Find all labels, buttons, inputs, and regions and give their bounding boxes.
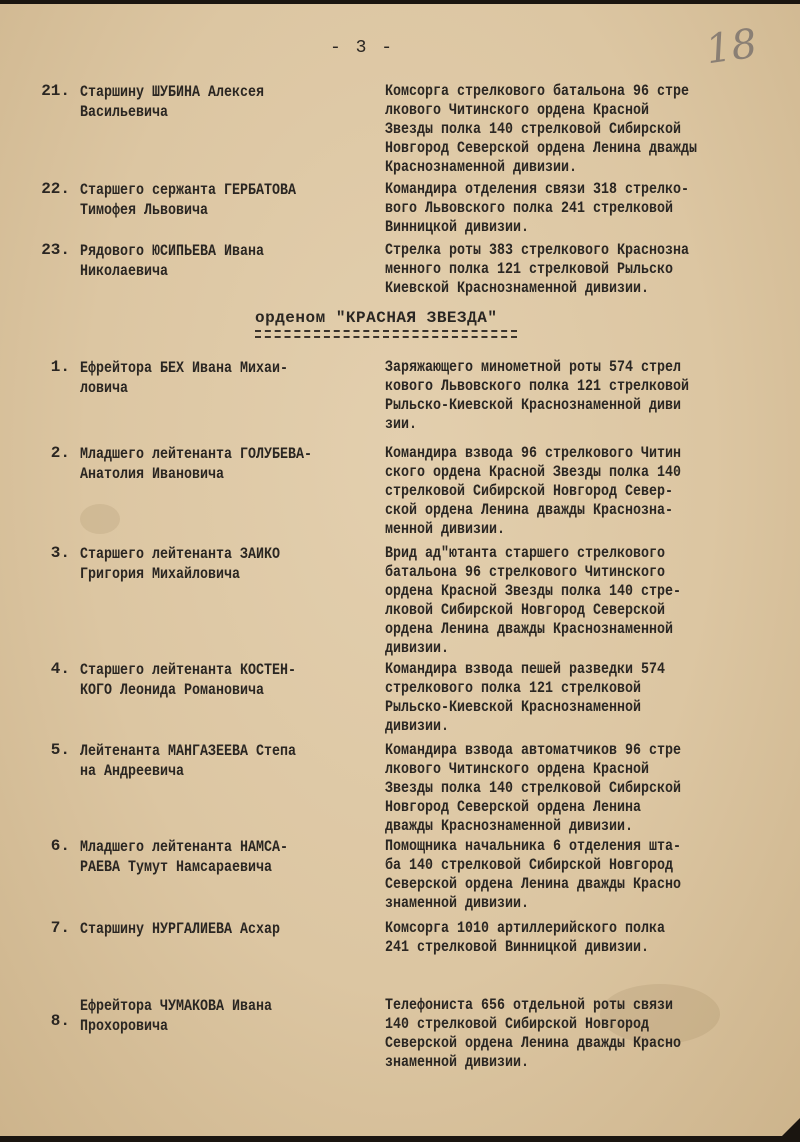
recipient-name: Младшего лейтенанта ГОЛУБЕВА- Анатолия И… [80, 444, 338, 484]
recipient-name: Ефрейтора ЧУМАКОВА Ивана Прохоровича [80, 996, 338, 1036]
entry-number: 23. [0, 241, 70, 259]
entry-number: 3. [0, 544, 70, 562]
recipient-name: Старшего лейтенанта ЗАИКО Григория Михай… [80, 544, 338, 584]
recipient-name: Старшину НУРГАЛИЕВА Асхар [80, 919, 338, 939]
recipient-position: Командира взвода пешей разведки 574 стре… [385, 660, 798, 736]
recipient-name: Рядового ЮСИПЬЕВА Ивана Николаевича [80, 241, 338, 281]
entry-number: 22. [0, 180, 70, 198]
entry-number: 21. [0, 82, 70, 100]
entry-number: 6. [0, 837, 70, 855]
recipient-position: Командира отделения связи 318 стрелко- в… [385, 180, 798, 237]
recipient-position: Комсорга 1010 артиллерийского полка 241 … [385, 919, 798, 957]
entry-number: 5. [0, 741, 70, 759]
recipient-position: Заряжающего минометной роты 574 стрел ко… [385, 358, 798, 434]
entry-number: 1. [0, 358, 70, 376]
recipient-position: Командира взвода автоматчиков 96 стре лк… [385, 741, 798, 836]
recipient-position: Комсорга стрелкового батальона 96 стре л… [385, 82, 798, 177]
recipient-name: Старшину ШУБИНА Алексея Васильевича [80, 82, 338, 122]
recipient-position: Врид ад"ютанта старшего стрелкового бата… [385, 544, 798, 658]
section-heading-red-star: орденом "КРАСНАЯ ЗВЕЗДА" [255, 309, 497, 327]
recipient-position: Телефониста 656 отдельной роты связи 140… [385, 996, 798, 1072]
recipient-position: Командира взвода 96 стрелкового Читин ск… [385, 444, 798, 539]
paper-stain [80, 504, 120, 534]
document-page: - 3 - 18 21. Старшину ШУБИНА Алексея Вас… [0, 4, 800, 1136]
entry-number: 4. [0, 660, 70, 678]
recipient-name: Ефрейтора БЕХ Ивана Михаи- ловича [80, 358, 338, 398]
entry-number: 2. [0, 444, 70, 462]
section-underline [255, 330, 517, 338]
entry-number: 8. [0, 1012, 70, 1030]
page-number: - 3 - [330, 38, 394, 58]
entry-number: 7. [0, 919, 70, 937]
recipient-position: Помощника начальника 6 отделения шта- ба… [385, 837, 798, 913]
recipient-name: Старшего лейтенанта КОСТЕН- КОГО Леонида… [80, 660, 338, 700]
recipient-position: Стрелка роты 383 стрелкового Краснозна м… [385, 241, 798, 298]
recipient-name: Старшего сержанта ГЕРБАТОВА Тимофея Льво… [80, 180, 338, 220]
handwritten-folio-number: 18 [703, 21, 760, 74]
recipient-name: Лейтенанта МАНГАЗЕЕВА Степа на Андреевич… [80, 741, 338, 781]
recipient-name: Младшего лейтенанта НАМСА- РАЕВА Тумут Н… [80, 837, 338, 877]
